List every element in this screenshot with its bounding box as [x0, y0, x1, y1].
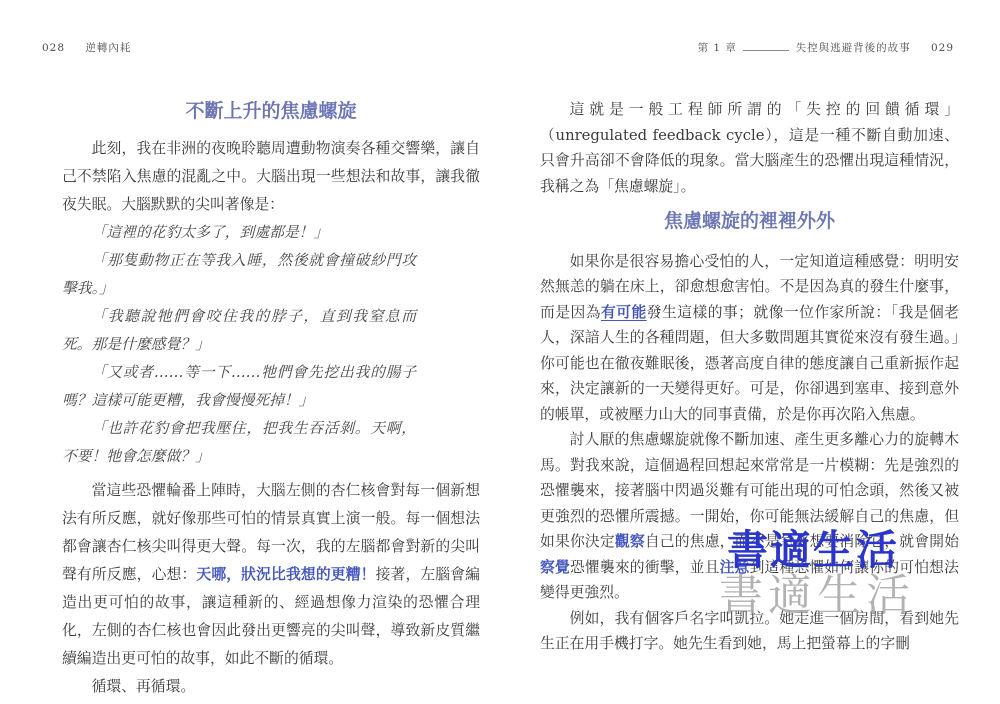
- quote-line: 「這裡的花豹太多了，到處都是！」: [62, 219, 416, 247]
- paragraph: 當這些恐懼輪番上陣時，大腦左側的杏仁核會對每一個新想法有所反應，就好像那些可怕的…: [62, 477, 480, 673]
- quote-line: 「我聽說牠們會咬住我的脖子，直到我窒息而死。那是什麼感覺？」: [62, 303, 416, 359]
- paragraph: 這就是一般工程師所謂的「失控的回饋循環」（unregulated feedbac…: [540, 97, 959, 199]
- book-spread: 028 逆轉內耗 第 1 章 失控與逃避背後的故事 029 不斷上升的焦慮螺旋 …: [0, 0, 1000, 704]
- keyword-highlight: 察覺: [540, 559, 570, 576]
- body-text: 發生這樣的事；就像一位作家所說：「我是個老人，深諳人生的各種問題，但大多數問題其…: [540, 304, 959, 423]
- book-title: 逆轉內耗: [85, 42, 131, 54]
- body-text: 自己的焦慮，而不是急著想要消除它，就會開始: [645, 533, 959, 550]
- paragraph: 如果你是很容易擔心受怕的人，一定知道這種感覺：明明安然無恙的躺在床上，卻愈想愈害…: [540, 249, 959, 428]
- body-text: 恐懼襲來的衝擊，並且: [570, 559, 720, 576]
- paragraph: 循環、再循環。: [62, 673, 480, 701]
- keyword-highlight: 觀察: [615, 533, 645, 550]
- quote-line: 「也許花豹會把我壓住，把我生吞活剝。天啊，不要！牠會怎麼做？」: [62, 415, 416, 471]
- section-title-left: 不斷上升的焦慮螺旋: [62, 97, 480, 125]
- running-header-right: 第 1 章 失控與逃避背後的故事 029: [698, 40, 954, 55]
- chapter-title: 失控與逃避背後的故事: [796, 42, 911, 54]
- paragraph: 討人厭的焦慮螺旋就像不斷加速、產生更多離心力的旋轉木馬。對我來說，這個過程回想起…: [540, 427, 959, 606]
- keyword-highlight: 注意: [720, 559, 750, 576]
- keyword-highlight: 有可能: [601, 304, 647, 321]
- quote-line: 「那隻動物正在等我入睡，然後就會撞破紗門攻擊我。」: [62, 247, 416, 303]
- keyword-highlight: 天哪，狀況比我想的更糟！: [196, 566, 375, 583]
- running-header-left: 028 逆轉內耗: [42, 40, 131, 55]
- right-page-text-column: 這就是一般工程師所謂的「失控的回饋循環」（unregulated feedbac…: [540, 97, 959, 657]
- page-number-right: 029: [931, 42, 954, 54]
- chapter-rule: [743, 41, 789, 51]
- left-page-text-column: 不斷上升的焦慮螺旋 此刻，我在非洲的夜晚聆聽周遭動物演奏各種交響樂，讓自己不禁陷…: [62, 97, 480, 701]
- paragraph: 此刻，我在非洲的夜晚聆聽周遭動物演奏各種交響樂，讓自己不禁陷入焦慮的混亂之中。大…: [62, 135, 480, 219]
- paragraph: 例如，我有個客戶名字叫凱拉。她走進一個房間，看到她先生正在用手機打字。她先生看到…: [540, 606, 959, 657]
- section-title-right: 焦慮螺旋的裡裡外外: [540, 209, 959, 235]
- chapter-label: 第 1 章: [698, 42, 737, 54]
- quote-line: 「又或者……等一下……牠們會先挖出我的腸子嗎？這樣可能更糟，我會慢慢死掉！」: [62, 359, 416, 415]
- page-number-left: 028: [42, 42, 65, 54]
